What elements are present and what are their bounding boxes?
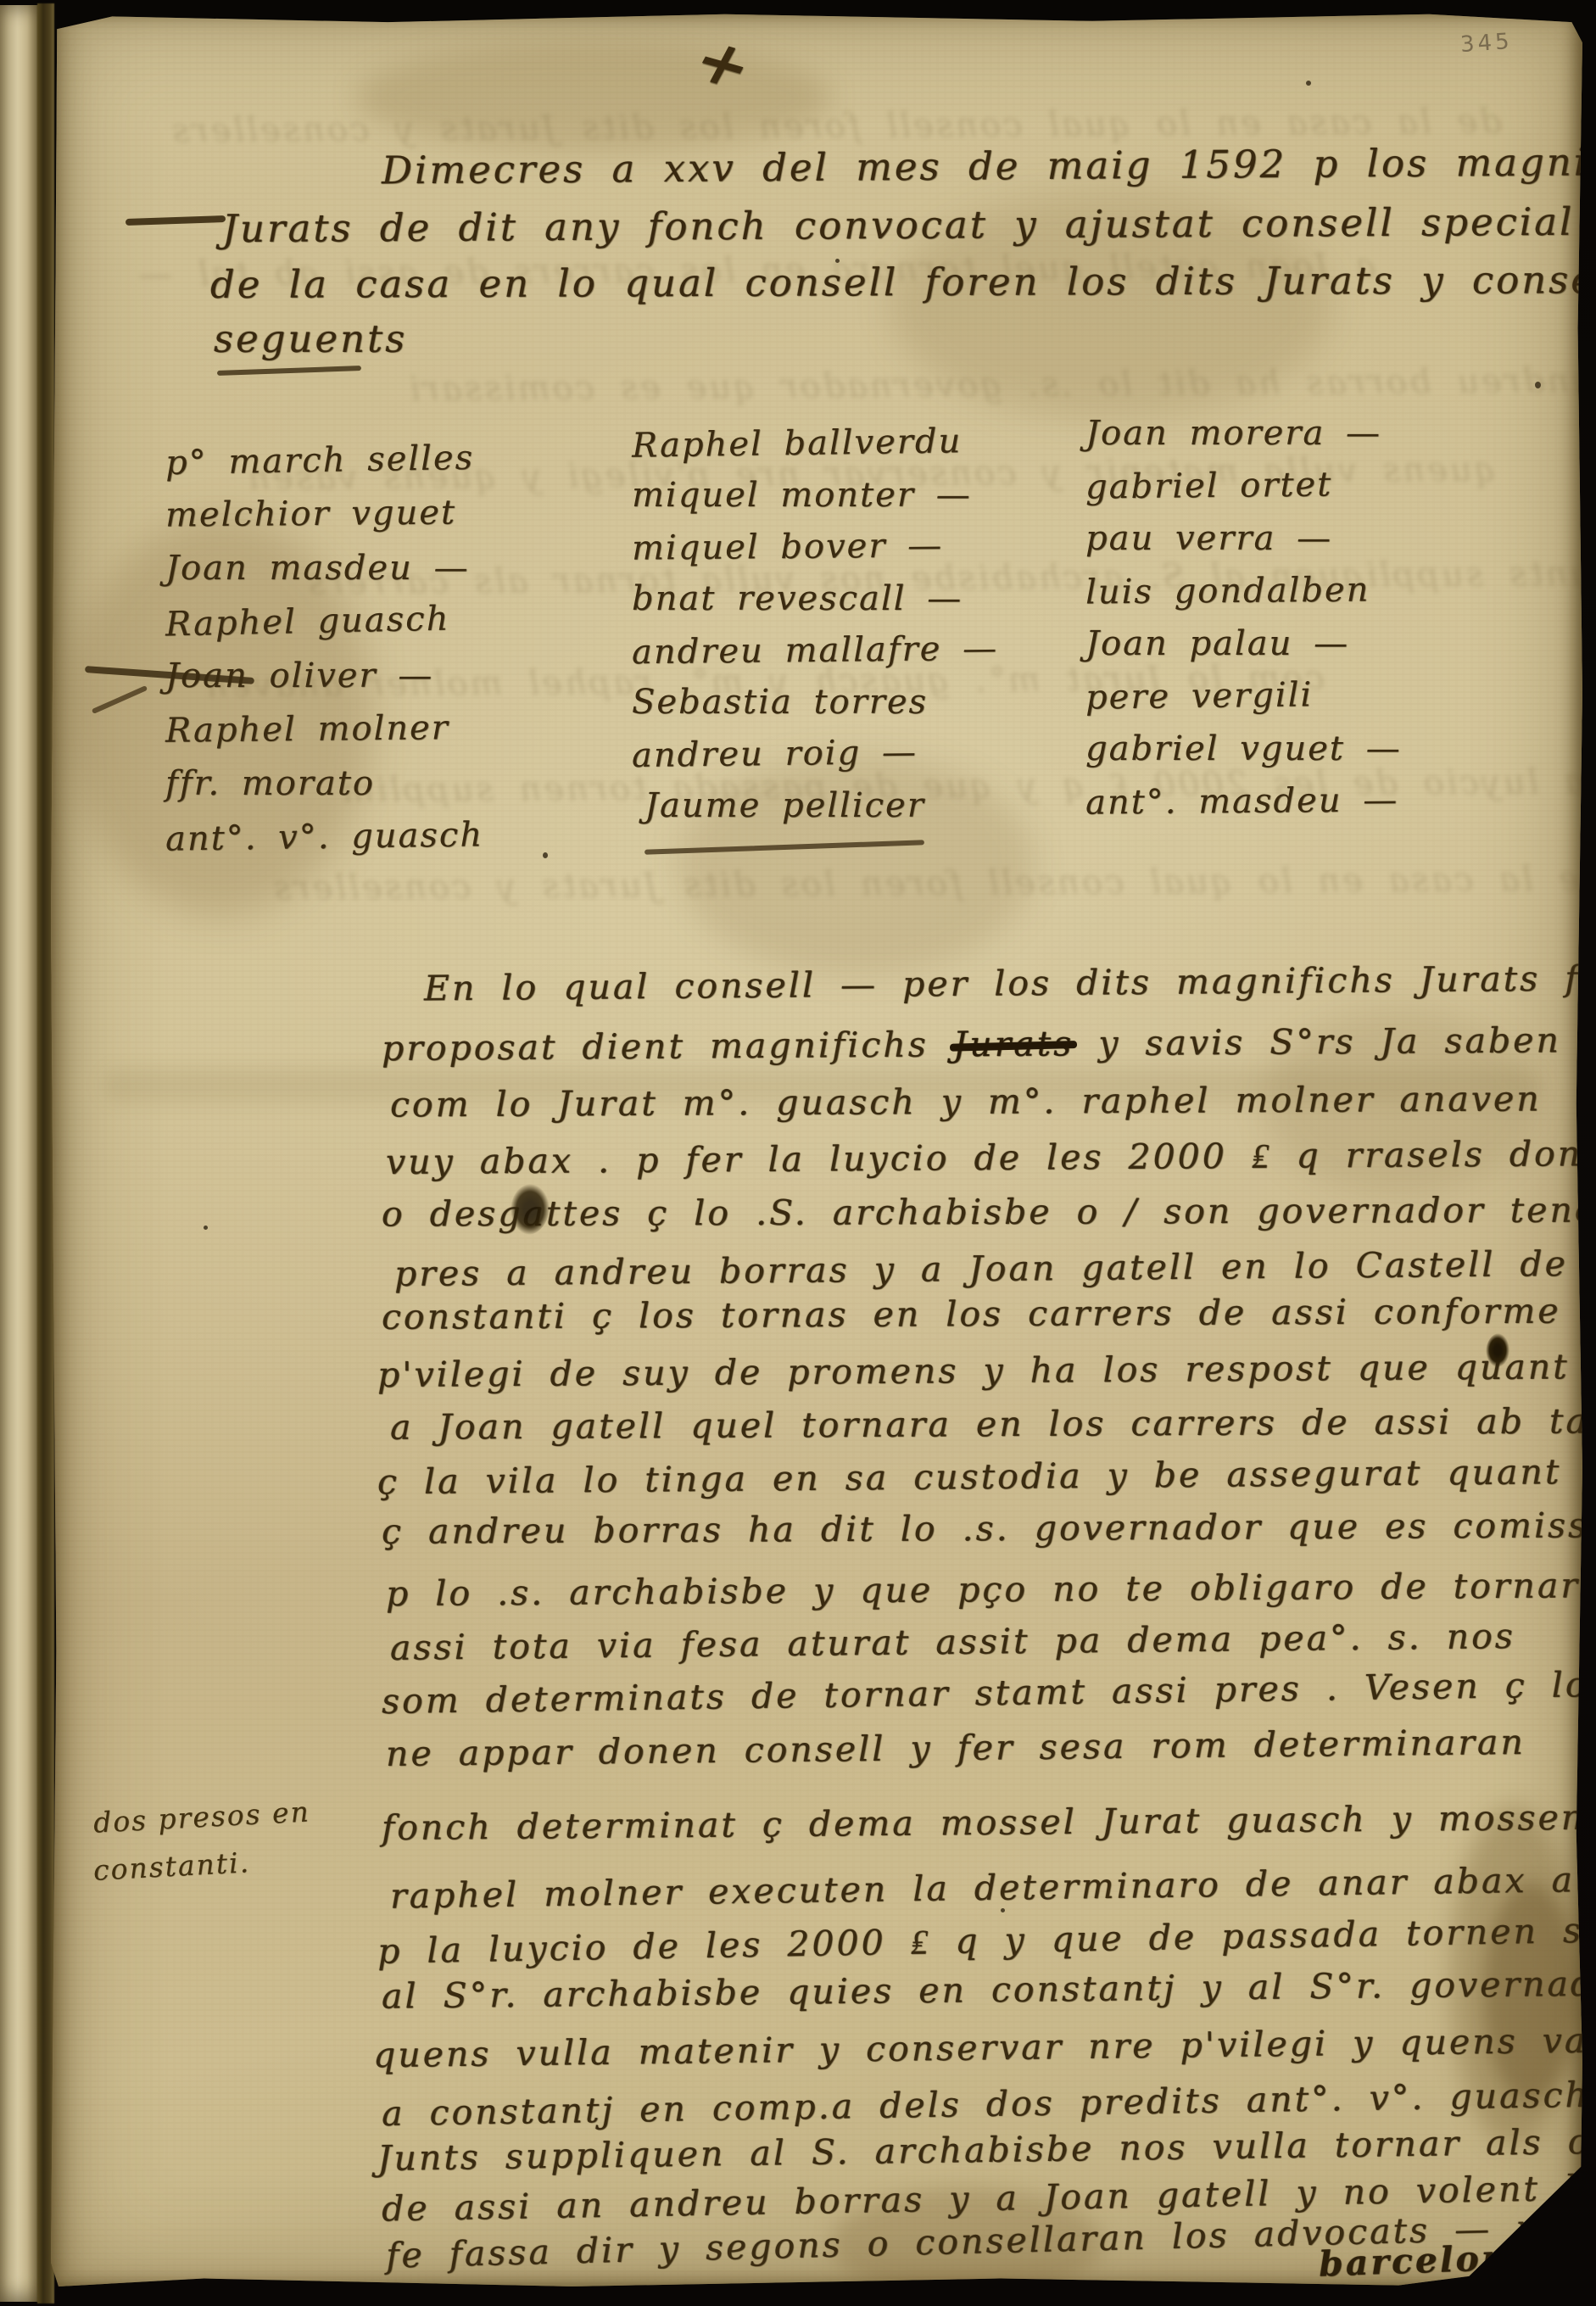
body-line: ç andreu borras ha dit lo .s. governador… bbox=[382, 1504, 1596, 1554]
manuscript-photo: de la casa en lo qual consell foren los … bbox=[0, 0, 1596, 2306]
body-line-segment: y savis S°rs Ja saben — bbox=[1074, 1019, 1596, 1064]
attendee-name: Jaume pellicer bbox=[645, 785, 925, 826]
heading-line: Jurats de dit any fonch convocat y ajust… bbox=[222, 198, 1575, 254]
margin-note-line: dos presos en bbox=[92, 1794, 311, 1841]
body-line: proposat dient magnifichs Jurats y savis… bbox=[382, 1019, 1596, 1070]
attendee-name: p° march selles bbox=[165, 438, 475, 483]
body-line: com lo Jurat m°. guasch y m°. raphel mol… bbox=[390, 1077, 1542, 1126]
pen-stroke bbox=[645, 840, 924, 855]
binding-stub bbox=[0, 5, 39, 2302]
attendee-name: Joan morera — bbox=[1085, 413, 1381, 454]
body-line: ne appar donen consell y fer sesa rom de… bbox=[386, 1721, 1526, 1776]
attendee-name: luis gondalben bbox=[1085, 570, 1370, 613]
binding-gutter bbox=[37, 3, 54, 2303]
attendee-name: gabriel ortet bbox=[1085, 464, 1333, 507]
attendee-name: miquel bover — bbox=[632, 525, 943, 568]
invocation-cross-icon: + bbox=[683, 28, 763, 99]
pen-stroke bbox=[126, 215, 226, 226]
heading-line: seguents bbox=[214, 315, 407, 363]
attendee-name: Joan palau — bbox=[1085, 623, 1349, 664]
body-line: p'vilegi de suy de promens y ha los resp… bbox=[377, 1345, 1596, 1398]
attendee-name: gabriel vguet — bbox=[1085, 729, 1402, 769]
attendee-name: Raphel molner bbox=[165, 707, 449, 751]
heading-line: de la casa en lo qual consell foren los … bbox=[210, 256, 1596, 309]
bleed-through-line: ç andreu borras ha dit lo .s. governador… bbox=[407, 360, 1596, 410]
pen-stroke bbox=[92, 685, 148, 714]
body-line: p lo .s. archabisbe y que pço no te obli… bbox=[386, 1564, 1596, 1616]
attendee-name: Raphel ballverdu bbox=[632, 421, 963, 466]
body-line-segment: proposat dient magnifichs bbox=[382, 1024, 953, 1069]
attendee-name: Raphel guasch bbox=[165, 598, 450, 645]
attendee-name: ffr. morato bbox=[165, 763, 375, 804]
pen-stroke bbox=[217, 366, 361, 376]
attendee-name: miquel monter — bbox=[632, 475, 972, 516]
attendee-name: Joan masdeu — bbox=[165, 548, 470, 589]
attendee-name: pere vergili bbox=[1085, 674, 1314, 717]
body-line: quens vulla matenir y conservar nre p'vi… bbox=[373, 2018, 1596, 2078]
bleed-through-line: p la luycio de les 2000 ₤ q y que de pas… bbox=[339, 762, 1596, 812]
heading-line: Dimecres a xxv del mes de maig 1592 p lo… bbox=[382, 138, 1596, 195]
ink-speck bbox=[1306, 81, 1311, 86]
attendee-name: andreu roig — bbox=[632, 732, 918, 776]
bleed-through-line: de la casa en lo qual consell foren los … bbox=[271, 859, 1596, 909]
ink-speck bbox=[204, 1226, 208, 1230]
attendee-name: andreu mallafre — bbox=[632, 628, 998, 673]
manuscript-page: de la casa en lo qual consell foren los … bbox=[51, 8, 1582, 2290]
body-line: raphel molner executen la determinaro de… bbox=[390, 1858, 1576, 1918]
attendee-name: pau verra — bbox=[1085, 518, 1332, 559]
body-line: constanti ç los tornas en los carrers de… bbox=[382, 1289, 1596, 1339]
body-line: o desgattes ç lo .S. archabisbe o / son … bbox=[382, 1188, 1596, 1236]
struck-word: Jurats bbox=[953, 1023, 1074, 1064]
ink-speck bbox=[543, 852, 548, 858]
body-line: som determinats de tornar stamt assi pre… bbox=[382, 1663, 1596, 1723]
body-line: assi tota via fesa aturat assit pa dema … bbox=[390, 1615, 1515, 1670]
body-line: vuy abax . p fer la luycio de les 2000 ₤… bbox=[386, 1132, 1596, 1184]
body-line: En lo qual consell — per los dits magnif… bbox=[424, 957, 1596, 1011]
attendee-name: bnat revescall — bbox=[632, 578, 963, 619]
attendee-name: ant°. masdeu — bbox=[1085, 779, 1399, 823]
body-line: a Joan gatell quel tornara en los carrer… bbox=[390, 1399, 1596, 1449]
margin-note-line: constanti. bbox=[92, 1845, 251, 1890]
attendee-name: Sebastia torres bbox=[632, 682, 928, 723]
body-line: al S°r. archabisbe quies en constantj y … bbox=[382, 1962, 1596, 2018]
body-line: barcelona — bbox=[1318, 2233, 1596, 2286]
body-line: fonch determinat ç dema mossel Jurat gua… bbox=[382, 1796, 1587, 1851]
attendee-name: ant°. v°. guasch bbox=[165, 814, 484, 859]
body-line: pres a andreu borras y a Joan gatell en … bbox=[394, 1242, 1568, 1296]
body-line: ç la vila lo tinga en sa custodia y be a… bbox=[377, 1450, 1596, 1505]
attendee-name: melchior vguet bbox=[165, 493, 456, 536]
folio-number: 345 bbox=[1459, 31, 1513, 56]
